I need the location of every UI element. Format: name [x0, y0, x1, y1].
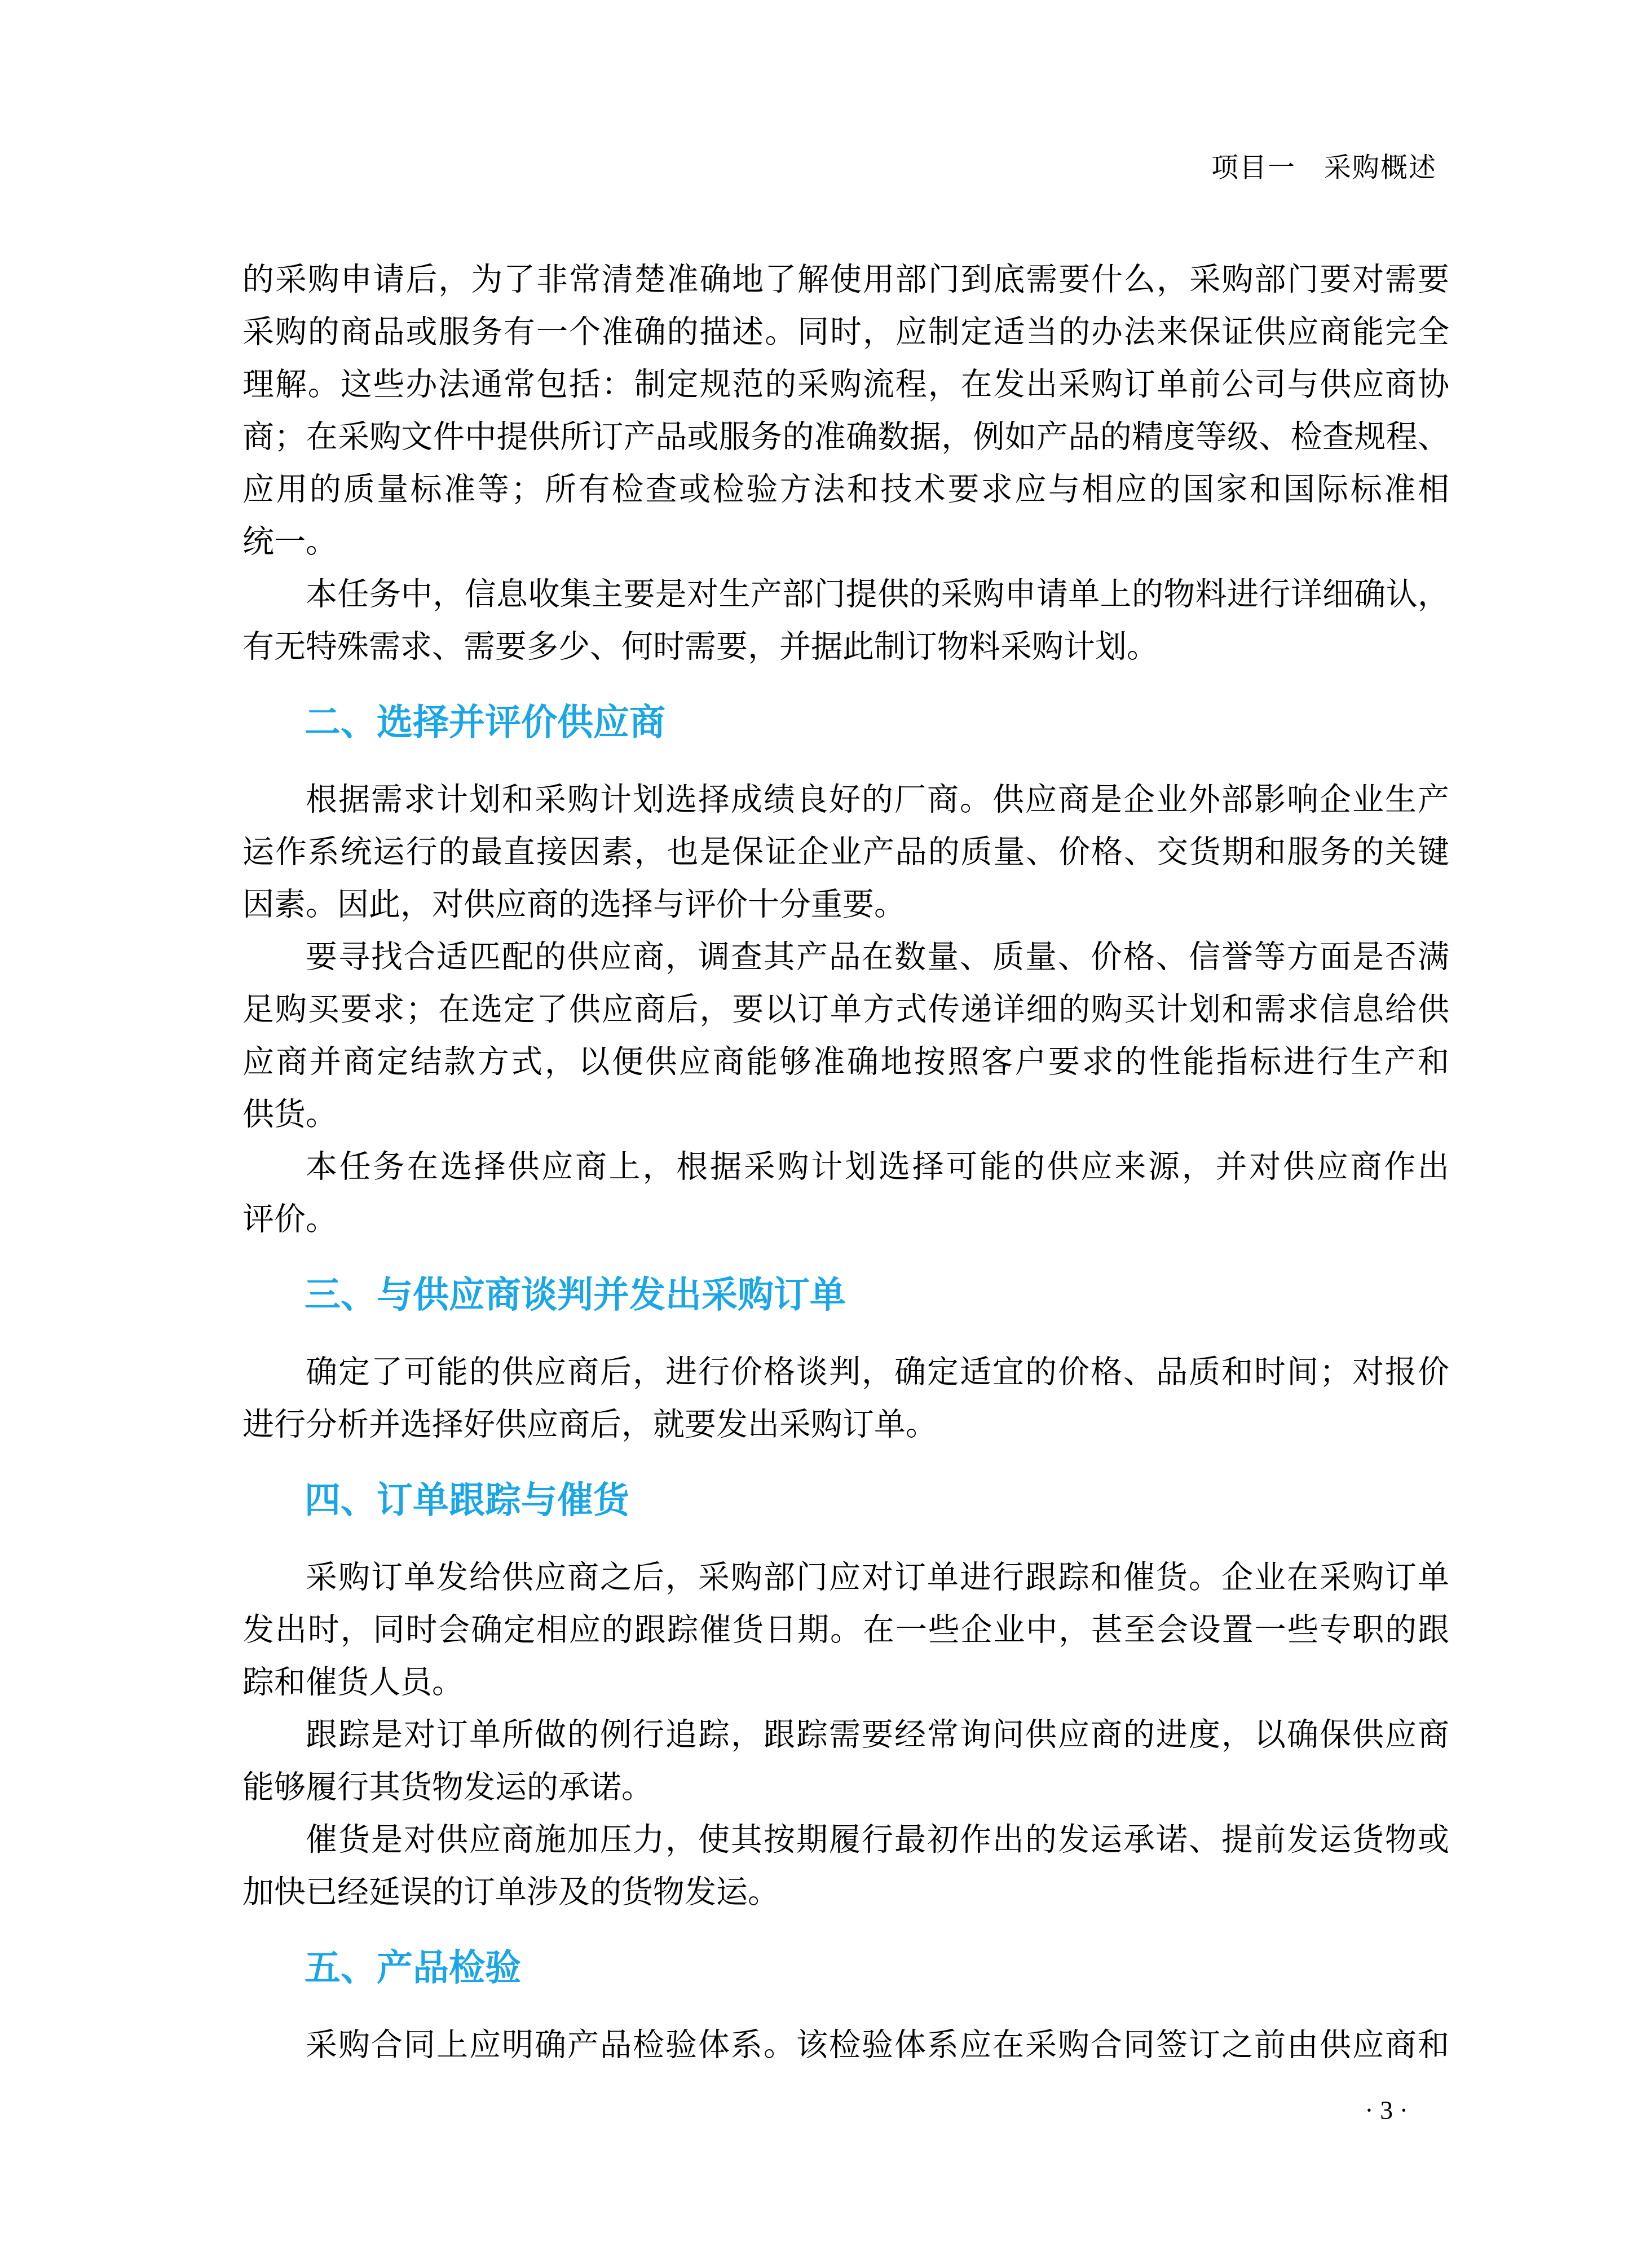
- paragraph: 跟踪是对订单所做的例行追踪，跟踪需要经常询问供应商的进度，以确保供应商能够履行其…: [242, 1709, 1449, 1814]
- text-line: 能够履行其货物发运的承诺。: [242, 1761, 1449, 1814]
- text-line: 供货。: [242, 1089, 1449, 1141]
- text-line: 发出时，同时会确定相应的跟踪催货日期。在一些企业中，甚至会设置一些专职的跟: [242, 1604, 1449, 1657]
- text-line: 进行分析并选择好供应商后，就要发出采购订单。: [242, 1399, 1449, 1451]
- paragraph: 催货是对供应商施加压力，使其按期履行最初作出的发运承诺、提前发运货物或加快已经延…: [242, 1814, 1449, 1919]
- text-line: 跟踪是对订单所做的例行追踪，跟踪需要经常询问供应商的进度，以确保供应商: [242, 1709, 1449, 1761]
- text-line: 运作系统运行的最直接因素，也是保证企业产品的质量、价格、交货期和服务的关键: [242, 826, 1449, 879]
- text-line: 的采购申请后，为了非常清楚准确地了解使用部门到底需要什么，采购部门要对需要: [242, 254, 1449, 306]
- text-line: 催货是对供应商施加压力，使其按期履行最初作出的发运承诺、提前发运货物或: [242, 1814, 1449, 1866]
- document-page: 项目一 采购概述 的采购申请后，为了非常清楚准确地了解使用部门到底需要什么，采购…: [0, 0, 1628, 2268]
- text-line: 本任务中，信息收集主要是对生产部门提供的采购申请单上的物料进行详细确认，: [242, 569, 1449, 621]
- text-line: 应用的质量标准等；所有检查或检验方法和技术要求应与相应的国家和国际标准相: [242, 464, 1449, 516]
- text-line: 确定了可能的供应商后，进行价格谈判，确定适宜的价格、品质和时间；对报价: [242, 1346, 1449, 1399]
- section-heading: 四、订单跟踪与催货: [242, 1474, 1449, 1526]
- text-line: 足购买要求；在选定了供应商后，要以订单方式传递详细的购买计划和需求信息给供: [242, 984, 1449, 1036]
- section-heading: 二、选择并评价供应商: [242, 696, 1449, 748]
- text-line: 要寻找合适匹配的供应商，调查其产品在数量、质量、价格、信誉等方面是否满: [242, 931, 1449, 984]
- text-line: 踪和催货人员。: [242, 1657, 1449, 1709]
- paragraph: 采购订单发给供应商之后，采购部门应对订单进行跟踪和催货。企业在采购订单发出时，同…: [242, 1552, 1449, 1709]
- text-line: 统一。: [242, 516, 1449, 569]
- text-line: 因素。因此，对供应商的选择与评价十分重要。: [242, 879, 1449, 931]
- text-line: 采购的商品或服务有一个准确的描述。同时，应制定适当的办法来保证供应商能完全: [242, 306, 1449, 359]
- text-line: 加快已经延误的订单涉及的货物发运。: [242, 1866, 1449, 1919]
- page-number: · 3 ·: [1365, 2094, 1408, 2128]
- section-heading: 五、产品检验: [242, 1941, 1449, 1994]
- body-text: 的采购申请后，为了非常清楚准确地了解使用部门到底需要什么，采购部门要对需要采购的…: [242, 254, 1449, 2072]
- text-line: 采购合同上应明确产品检验体系。该检验体系应在采购合同签订之前由供应商和: [242, 2019, 1449, 2072]
- text-line: 应商并商定结款方式，以便供应商能够准确地按照客户要求的性能指标进行生产和: [242, 1036, 1449, 1089]
- paragraph: 要寻找合适匹配的供应商，调查其产品在数量、质量、价格、信誉等方面是否满足购买要求…: [242, 931, 1449, 1141]
- text-line: 有无特殊需求、需要多少、何时需要，并据此制订物料采购计划。: [242, 621, 1449, 673]
- section-heading: 三、与供应商谈判并发出采购订单: [242, 1269, 1449, 1321]
- text-line: 商；在采购文件中提供所订产品或服务的准确数据，例如产品的精度等级、检查规程、: [242, 411, 1449, 464]
- paragraph: 本任务中，信息收集主要是对生产部门提供的采购申请单上的物料进行详细确认，有无特殊…: [242, 569, 1449, 673]
- text-line: 本任务在选择供应商上，根据采购计划选择可能的供应来源，并对供应商作出: [242, 1141, 1449, 1194]
- paragraph: 根据需求计划和采购计划选择成绩良好的厂商。供应商是企业外部影响企业生产运作系统运…: [242, 774, 1449, 931]
- text-line: 采购订单发给供应商之后，采购部门应对订单进行跟踪和催货。企业在采购订单: [242, 1552, 1449, 1604]
- text-line: 评价。: [242, 1194, 1449, 1246]
- text-line: 理解。这些办法通常包括：制定规范的采购流程，在发出采购订单前公司与供应商协: [242, 359, 1449, 411]
- paragraph: 的采购申请后，为了非常清楚准确地了解使用部门到底需要什么，采购部门要对需要采购的…: [242, 254, 1449, 569]
- paragraph: 本任务在选择供应商上，根据采购计划选择可能的供应来源，并对供应商作出评价。: [242, 1141, 1449, 1246]
- paragraph: 采购合同上应明确产品检验体系。该检验体系应在采购合同签订之前由供应商和: [242, 2019, 1449, 2072]
- running-header: 项目一 采购概述: [1211, 151, 1437, 185]
- text-line: 根据需求计划和采购计划选择成绩良好的厂商。供应商是企业外部影响企业生产: [242, 774, 1449, 826]
- paragraph: 确定了可能的供应商后，进行价格谈判，确定适宜的价格、品质和时间；对报价进行分析并…: [242, 1346, 1449, 1451]
